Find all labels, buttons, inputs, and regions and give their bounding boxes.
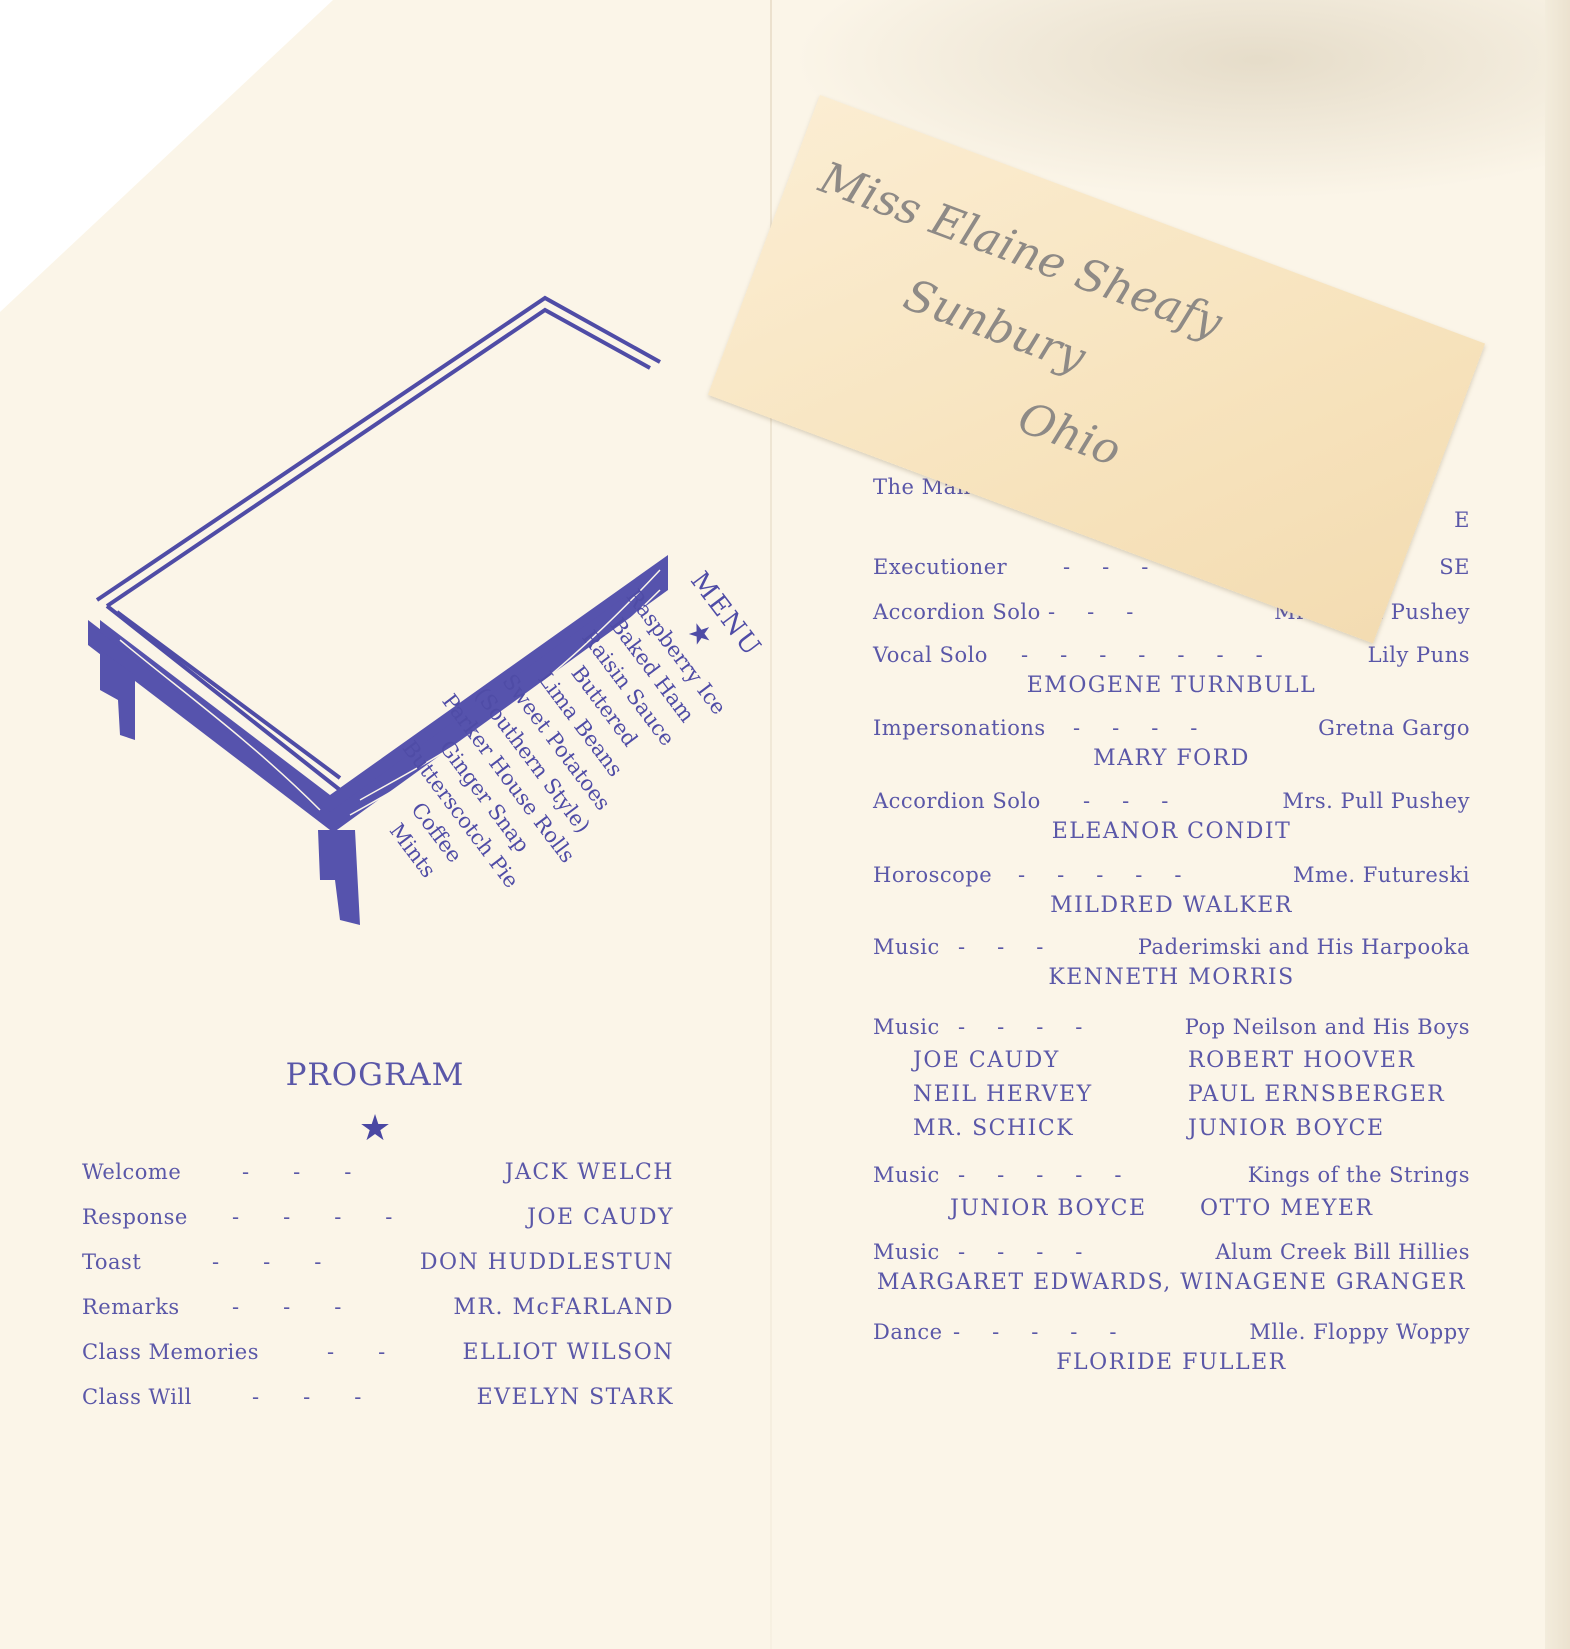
act-role: Mlle. Floppy Woppy [1249,1320,1470,1344]
dash-leader: ---- [232,1205,436,1229]
paper-edge [1545,0,1570,1649]
entertainment-row: Music---Paderimski and His Harpooka [873,935,1470,965]
act-label: Music [873,1240,940,1264]
performer-name: ELEANOR CONDIT [873,819,1470,844]
entertainment-row: Impersonations----Gretna Gargo [873,716,1470,746]
dash-leader: ----- [953,1320,1148,1344]
act-role: Mrs. Pull Pushey [1282,789,1470,813]
dash-leader: ----- [958,1163,1153,1187]
program-title: PROGRAM [240,1057,510,1093]
act-role: Kings of the Strings [1248,1163,1470,1187]
act-label: Dance [873,1320,943,1344]
performer-name: FLORIDE FULLER [873,1350,1470,1375]
program-item-name: MR. McFARLAND [453,1295,674,1320]
entertainment-row: Music----Pop Neilson and His Boys [873,1015,1470,1045]
act-role: Paderimski and His Harpooka [1138,935,1470,959]
performer-name: EMOGENE TURNBULL [873,673,1470,698]
act-label: Accordion Solo [873,789,1041,813]
program-item-label: Toast [82,1250,141,1274]
program-row: Class Will---EVELYN STARK [82,1385,674,1419]
program-row: Class Memories--ELLIOT WILSON [82,1340,674,1374]
entertainment-row: Music----Alum Creek Bill Hillies [873,1240,1470,1270]
dash-leader: ------- [1021,643,1295,667]
program-row: Remarks---MR. McFARLAND [82,1295,674,1329]
program-item-name: EVELYN STARK [477,1385,674,1410]
act-label: Music [873,1015,940,1039]
act-role: Mme. Futureski [1293,863,1470,887]
act-role: Gretna Gargo [1318,716,1470,740]
performer-name: MARGARET EDWARDS, WINAGENE GRANGER [873,1270,1470,1295]
act-label: Executioner [873,555,1007,579]
performer-name: MILDRED WALKER [873,893,1470,918]
act-role: Lily Puns [1368,643,1470,667]
dash-leader: --- [252,1385,405,1409]
dash-leader: --- [232,1295,385,1319]
act-label: Vocal Solo [873,643,988,667]
program-item-name: JACK WELCH [505,1160,674,1185]
program-item-name: ELLIOT WILSON [463,1340,674,1365]
performer-name: KENNETH MORRIS [873,965,1470,990]
program-item-label: Response [82,1205,188,1229]
program-item-label: Class Memories [82,1340,259,1364]
program-item-label: Welcome [82,1160,181,1184]
program-row: Response----JOE CAUDY [82,1205,674,1239]
act-label: Music [873,1163,940,1187]
performer-name: ROBERT HOOVER [1188,1048,1416,1073]
dash-leader: ---- [958,1240,1114,1264]
dash-leader: --- [1083,789,1200,813]
program-row: Toast---DON HUDDLESTUN [82,1250,674,1284]
performer-name: NEIL HERVEY [913,1082,1093,1107]
performer-name: JOE CAUDY [913,1048,1060,1073]
act-role: Pop Neilson and His Boys [1185,1015,1470,1039]
program-item-name: JOE CAUDY [527,1205,674,1230]
dash-leader: --- [212,1250,365,1274]
entertainment-row: Music-----Kings of the Strings [873,1163,1470,1193]
entertainment-row: Vocal Solo-------Lily Puns [873,643,1470,673]
act-role: Alum Creek Bill Hillies [1216,1240,1471,1264]
dash-leader: --- [958,935,1075,959]
dash-leader: --- [242,1160,395,1184]
program-item-label: Class Will [82,1385,192,1409]
program-row: Welcome---JACK WELCH [82,1160,674,1194]
entertainment-row: Dance-----Mlle. Floppy Woppy [873,1320,1470,1350]
act-label: Horoscope [873,863,992,887]
act-label: Impersonations [873,716,1046,740]
dash-leader: --- [1048,600,1165,624]
performer-name: JUNIOR BOYCE [1188,1116,1385,1141]
program-item-name: DON HUDDLESTUN [420,1250,674,1275]
dash-leader: ---- [1073,716,1229,740]
act-label: Music [873,935,940,959]
dash-leader: -- [327,1340,429,1364]
act-label: Accordion Solo [873,600,1041,624]
star-icon: ★ [340,1108,410,1149]
act-role: E [1454,508,1470,532]
dash-leader: ----- [1018,863,1213,887]
performer-name: OTTO MEYER [1200,1196,1374,1221]
performer-name: JUNIOR BOYCE [950,1196,1147,1221]
program-item-label: Remarks [82,1295,180,1319]
performer-name: MARY FORD [873,746,1470,771]
dash-leader: ---- [958,1015,1114,1039]
performer-name: PAUL ERNSBERGER [1188,1082,1445,1107]
entertainment-row: Accordion Solo---Mrs. Pull Pushey [873,789,1470,819]
entertainment-row: Horoscope-----Mme. Futureski [873,863,1470,893]
performer-name: MR. SCHICK [913,1116,1074,1141]
card-state: Ohio [1011,392,1127,477]
